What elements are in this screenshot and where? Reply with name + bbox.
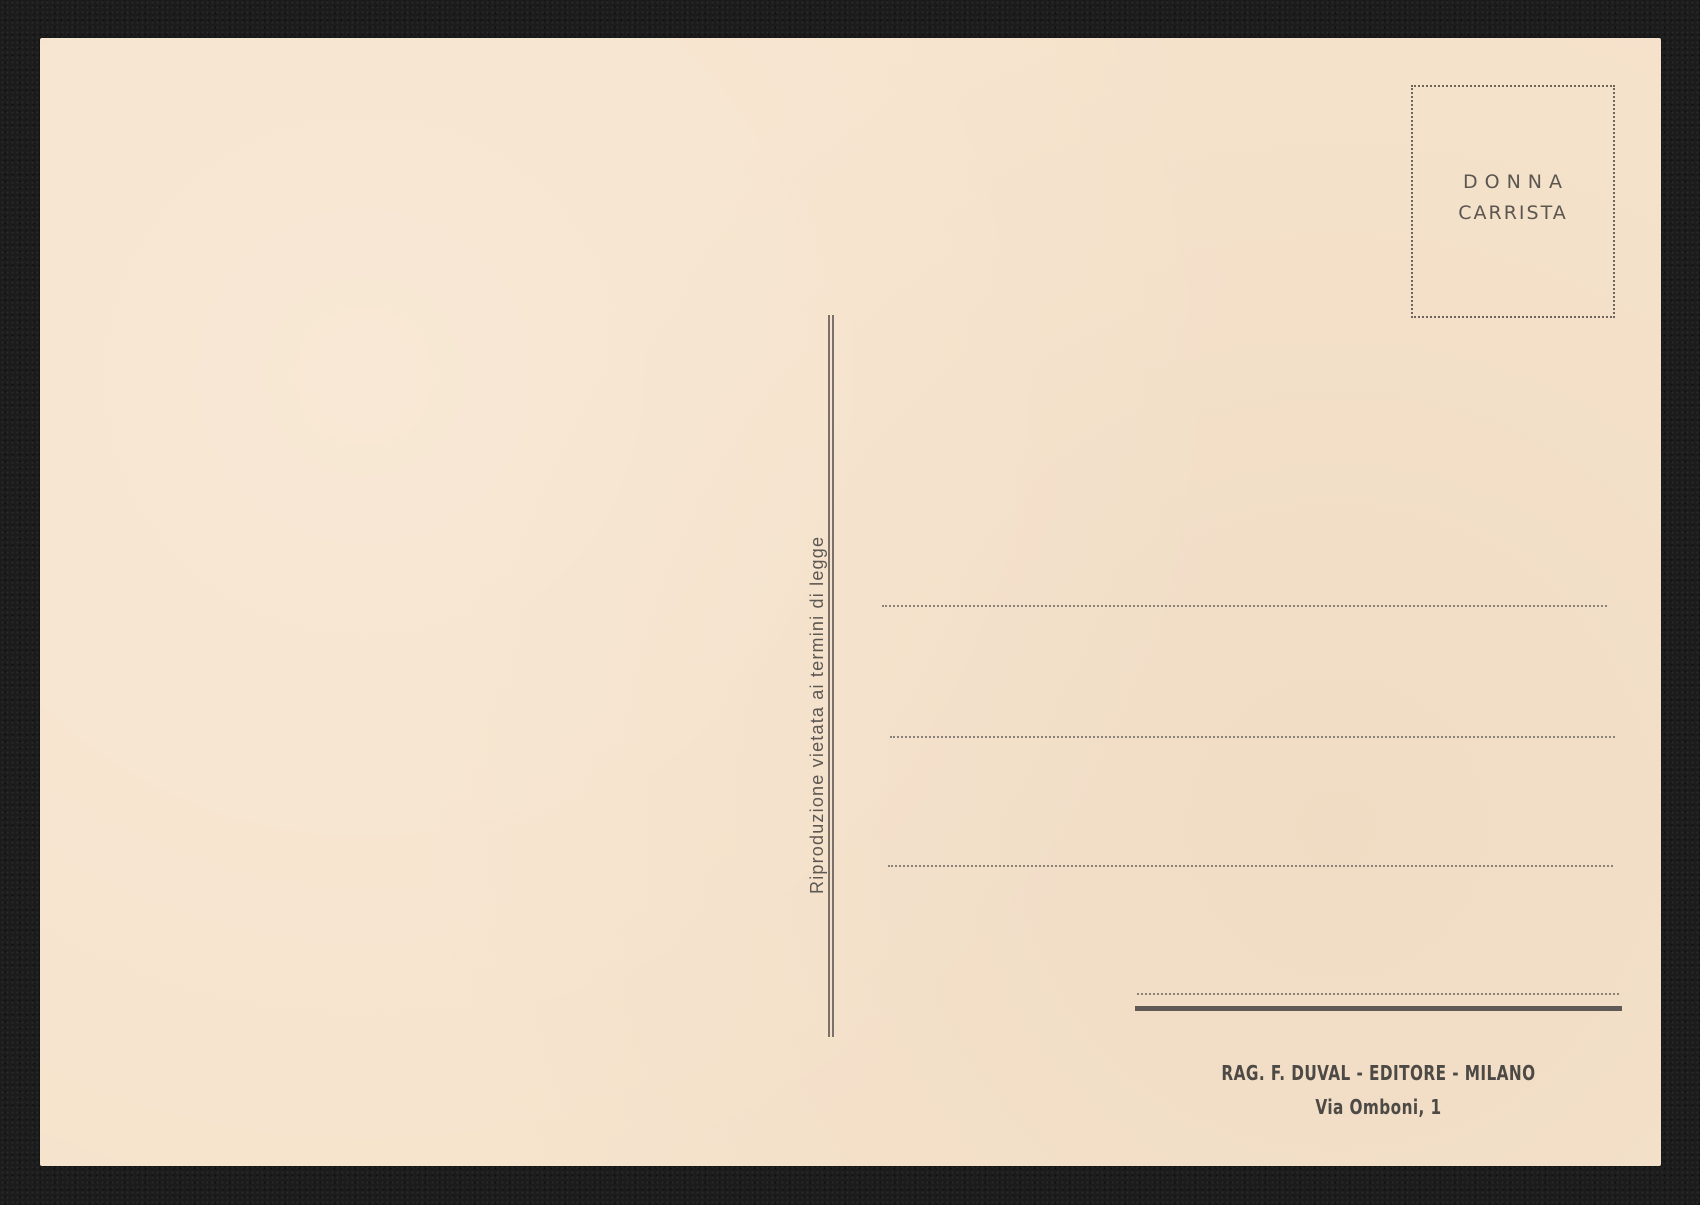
address-line-2 bbox=[890, 736, 1615, 738]
reproduction-notice: Riproduzione vietata ai termini di legge bbox=[807, 536, 828, 894]
center-divider bbox=[828, 315, 834, 1037]
address-line-4 bbox=[1137, 993, 1619, 995]
address-line-3 bbox=[888, 865, 1613, 867]
stamp-box: DONNA CARRISTA bbox=[1411, 85, 1615, 318]
publisher-name: RAG. F. DUVAL - EDITORE - MILANO bbox=[1172, 1061, 1586, 1085]
stamp-title-line2: CARRISTA bbox=[1413, 202, 1613, 224]
address-underline-bar bbox=[1135, 1006, 1622, 1011]
publisher-address: Via Omboni, 1 bbox=[1172, 1095, 1586, 1119]
address-line-1 bbox=[882, 605, 1607, 607]
stamp-title-line1: DONNA bbox=[1413, 171, 1613, 193]
postcard-back: DONNA CARRISTA Riproduzione vietata ai t… bbox=[40, 38, 1661, 1166]
